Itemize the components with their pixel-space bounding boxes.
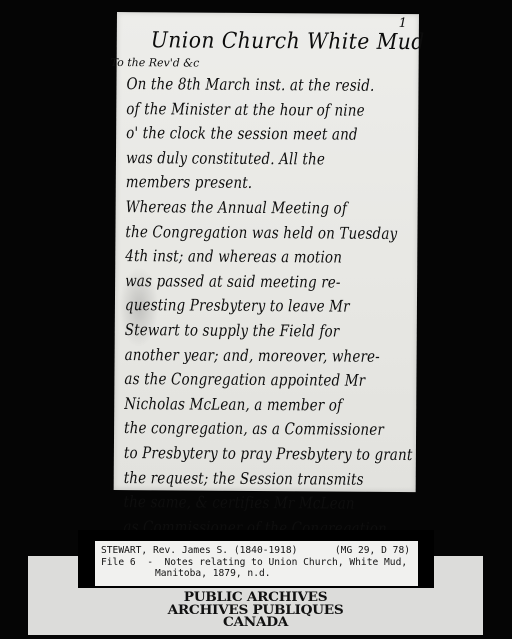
handwritten-line: as the Congregation appointed Mr xyxy=(124,367,369,393)
label-name: STEWART, Rev. James S. (1840-1918) xyxy=(101,545,297,557)
manuscript-heading: Union Church White Mud xyxy=(151,28,425,55)
handwritten-line: questing Presbytery to leave Mr xyxy=(125,293,370,319)
handwritten-line: was duly constituted. All the xyxy=(126,146,371,172)
label-file-description: File 6 - Notes relating to Union Church,… xyxy=(101,557,407,569)
handwritten-line: Nicholas McLean, a member of xyxy=(124,392,369,418)
handwritten-line: o' the clock the session meet and xyxy=(126,121,371,147)
page-number: 1 xyxy=(399,16,407,31)
salutation: To the Rev'd &c xyxy=(111,56,200,70)
manuscript-page: 1 Union Church White Mud To the Rev'd &c… xyxy=(114,12,419,492)
handwritten-line: the Congregation was held on Tuesday xyxy=(125,220,370,246)
archive-stamp: PUBLIC ARCHIVES ARCHIVES PUBLIQUES CANAD… xyxy=(28,592,483,630)
stamp-line-country: CANADA xyxy=(17,617,495,630)
handwritten-line: another year; and, moreover, where- xyxy=(125,343,370,369)
label-row-file: File 6 - Notes relating to Union Church,… xyxy=(101,557,418,569)
handwritten-line: 4th inst; and whereas a motion xyxy=(125,244,370,270)
microfilm-frame: 1 Union Church White Mud To the Rev'd &c… xyxy=(0,0,512,639)
label-reference: (MG 29, D 78) xyxy=(335,545,418,557)
handwritten-line: was passed at said meeting re- xyxy=(125,269,370,295)
label-row-continued: Manitoba, 1879, n.d. xyxy=(101,568,418,580)
handwritten-line: the request; the Session transmits xyxy=(124,466,369,492)
handwritten-line: the same, & certifies Mr McLean xyxy=(123,490,368,516)
handwritten-line: to Presbytery to pray Presbytery to gran… xyxy=(124,441,369,467)
handwritten-line: Stewart to supply the Field for xyxy=(125,318,370,344)
handwritten-line: of the Minister at the hour of nine xyxy=(126,97,371,123)
handwritten-line: On the 8th March inst. at the resid. xyxy=(126,72,371,98)
handwritten-line: members present. xyxy=(126,170,371,196)
label-location-date: Manitoba, 1879, n.d. xyxy=(101,568,271,580)
handwritten-line: the congregation, as a Commissioner xyxy=(124,416,369,442)
catalog-label: STEWART, Rev. James S. (1840-1918) (MG 2… xyxy=(95,541,418,586)
label-row-title: STEWART, Rev. James S. (1840-1918) (MG 2… xyxy=(101,545,418,557)
handwritten-line: Whereas the Annual Meeting of xyxy=(126,195,371,221)
